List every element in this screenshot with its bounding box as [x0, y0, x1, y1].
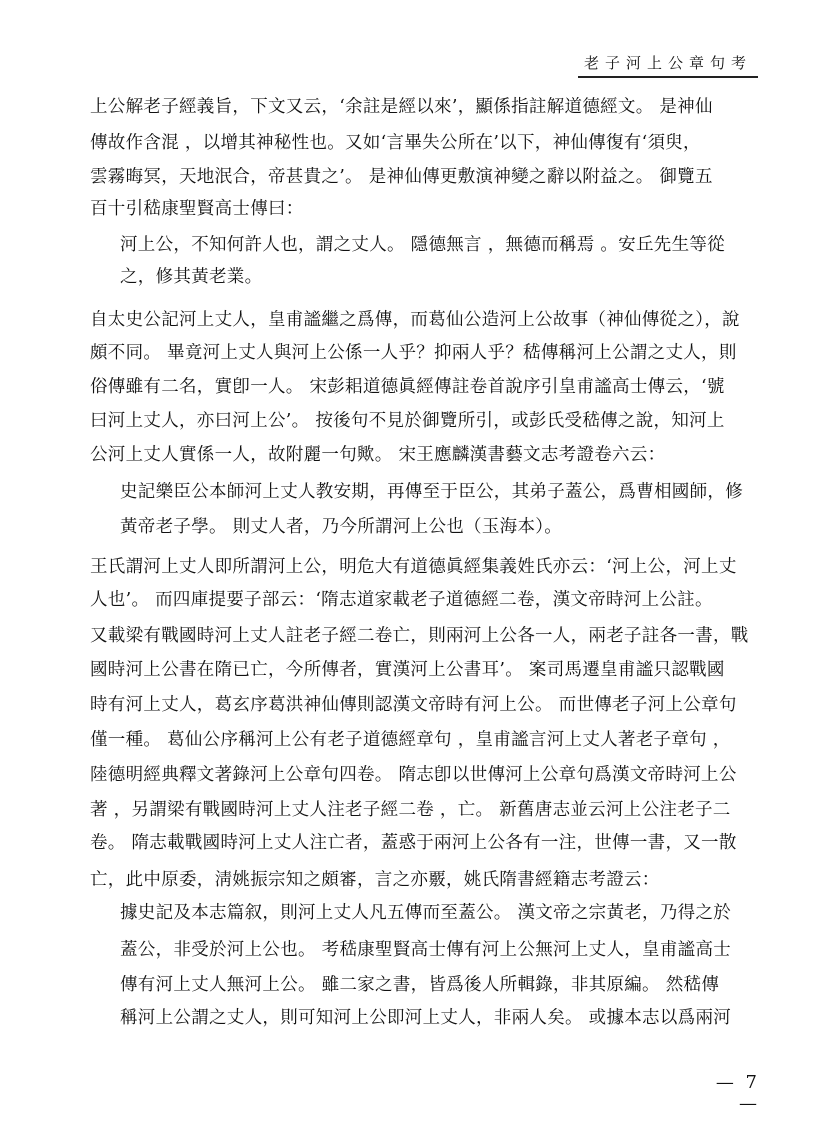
text-line: 頗不同。 畢竟河上丈人與河上公係一人乎？抑兩人乎？嵇傳稱河上公謂之丈人，則	[90, 342, 760, 364]
text-line: 僅一種。 葛仙公序稱河上公有老子道德經章句 ，皇甫謐言河上丈人著老子章句 ，	[90, 729, 760, 751]
text-line: 曰河上丈人，亦曰河上公’。 按後句不見於御覽所引，或彭氏受嵇傳之說，知河上	[90, 410, 760, 432]
text-line: 公河上丈人實係一人，故附麗一句歟。 宋王應麟漢書藝文志考證卷六云：	[90, 444, 760, 466]
quote-line: 黃帝老子學。 則丈人者，乃今所謂河上公也（玉海本）。	[120, 516, 760, 538]
text-line: 俗傳雖有二名，實卽一人。 宋彭耜道德眞經傳註卷首說序引皇甫謐高士傳云，‘號	[90, 376, 760, 398]
quote-line: 傳有河上丈人無河上公。 雖二家之書，皆爲後人所輯錄，非其原編。 然嵇傳	[120, 974, 760, 996]
text-line: 自太史公記河上丈人，皇甫謐繼之爲傳，而葛仙公造河上公故事（神仙傳從之），說	[90, 309, 760, 331]
text-line: 人也’。 而四庫提要子部云：‘隋志道家載老子道德經二卷，漢文帝時河上公註。	[90, 589, 760, 611]
text-line: 王氏謂河上丈人即所謂河上公，明危大有道德眞經集義姓氏亦云：‘河上公，河上丈	[90, 556, 760, 578]
quote-line: 稱河上公謂之丈人，則可知河上公即河上丈人，非兩人矣。 或據本志以爲兩河	[120, 1007, 760, 1029]
text-line: 陸德明經典釋文著錄河上公章句四卷。 隋志卽以世傳河上公章句爲漢文帝時河上公	[90, 764, 760, 786]
text-line: 亡，此中原委，淸姚振宗知之頗審，言之亦覈，姚氏隋書經籍志考證云：	[90, 869, 760, 891]
running-title: 老子河上公章句考	[578, 52, 758, 78]
text-line: 百十引嵇康聖賢高士傳曰：	[90, 198, 760, 220]
text-line: 國時河上公書在隋已亡，今所傳者，實漢河上公書耳’。 案司馬遷皇甫謐只認戰國	[90, 659, 760, 681]
text-line: 上公解老子經義旨，下文又云，‘余註是經以來’，顯係指註解道德經文。 是神仙	[90, 96, 760, 118]
text-line: 著 ，另謂梁有戰國時河上丈人注老子經二卷 ，亡。 新舊唐志並云河上公注老子二	[90, 799, 760, 821]
page-number: — 7 —	[690, 1072, 760, 1114]
quote-line: 蓋公，非受於河上公也。 考嵇康聖賢高士傳有河上公無河上丈人，皇甫謐高士	[120, 939, 760, 961]
text-line: 時有河上丈人，葛玄序葛洪神仙傳則認漢文帝時有河上公。 而世傳老子河上公章句	[90, 694, 760, 716]
text-line: 又載梁有戰國時河上丈人註老子經二卷亡，則兩河上公各一人，兩老子註各一書，戰	[90, 625, 760, 647]
quote-line: 河上公，不知何許人也，謂之丈人。 隱德無言 ，無德而稱焉 。安丘先生等從	[120, 234, 760, 256]
text-line: 雲霧晦冥，天地泯合，帝甚貴之’。 是神仙傳更敷演神變之辭以附益之。 御覽五	[90, 166, 760, 188]
quote-line: 史記樂臣公本師河上丈人教安期，再傳至于臣公，其弟子蓋公，爲曹相國師，修	[120, 481, 760, 503]
text-line: 傳故作含混 ，以增其神秘性也。又如‘言畢失公所在’以下，神仙傳復有‘須臾，	[90, 132, 760, 154]
text-line: 卷。 隋志載戰國時河上丈人注亡者，蓋惑于兩河上公各有一注，世傳一書，又一散	[90, 832, 760, 854]
quote-line: 據史記及本志篇叙，則河上丈人凡五傳而至蓋公。 漢文帝之宗黃老，乃得之於	[120, 902, 760, 924]
quote-line: 之，修其黃老業。	[120, 266, 760, 288]
